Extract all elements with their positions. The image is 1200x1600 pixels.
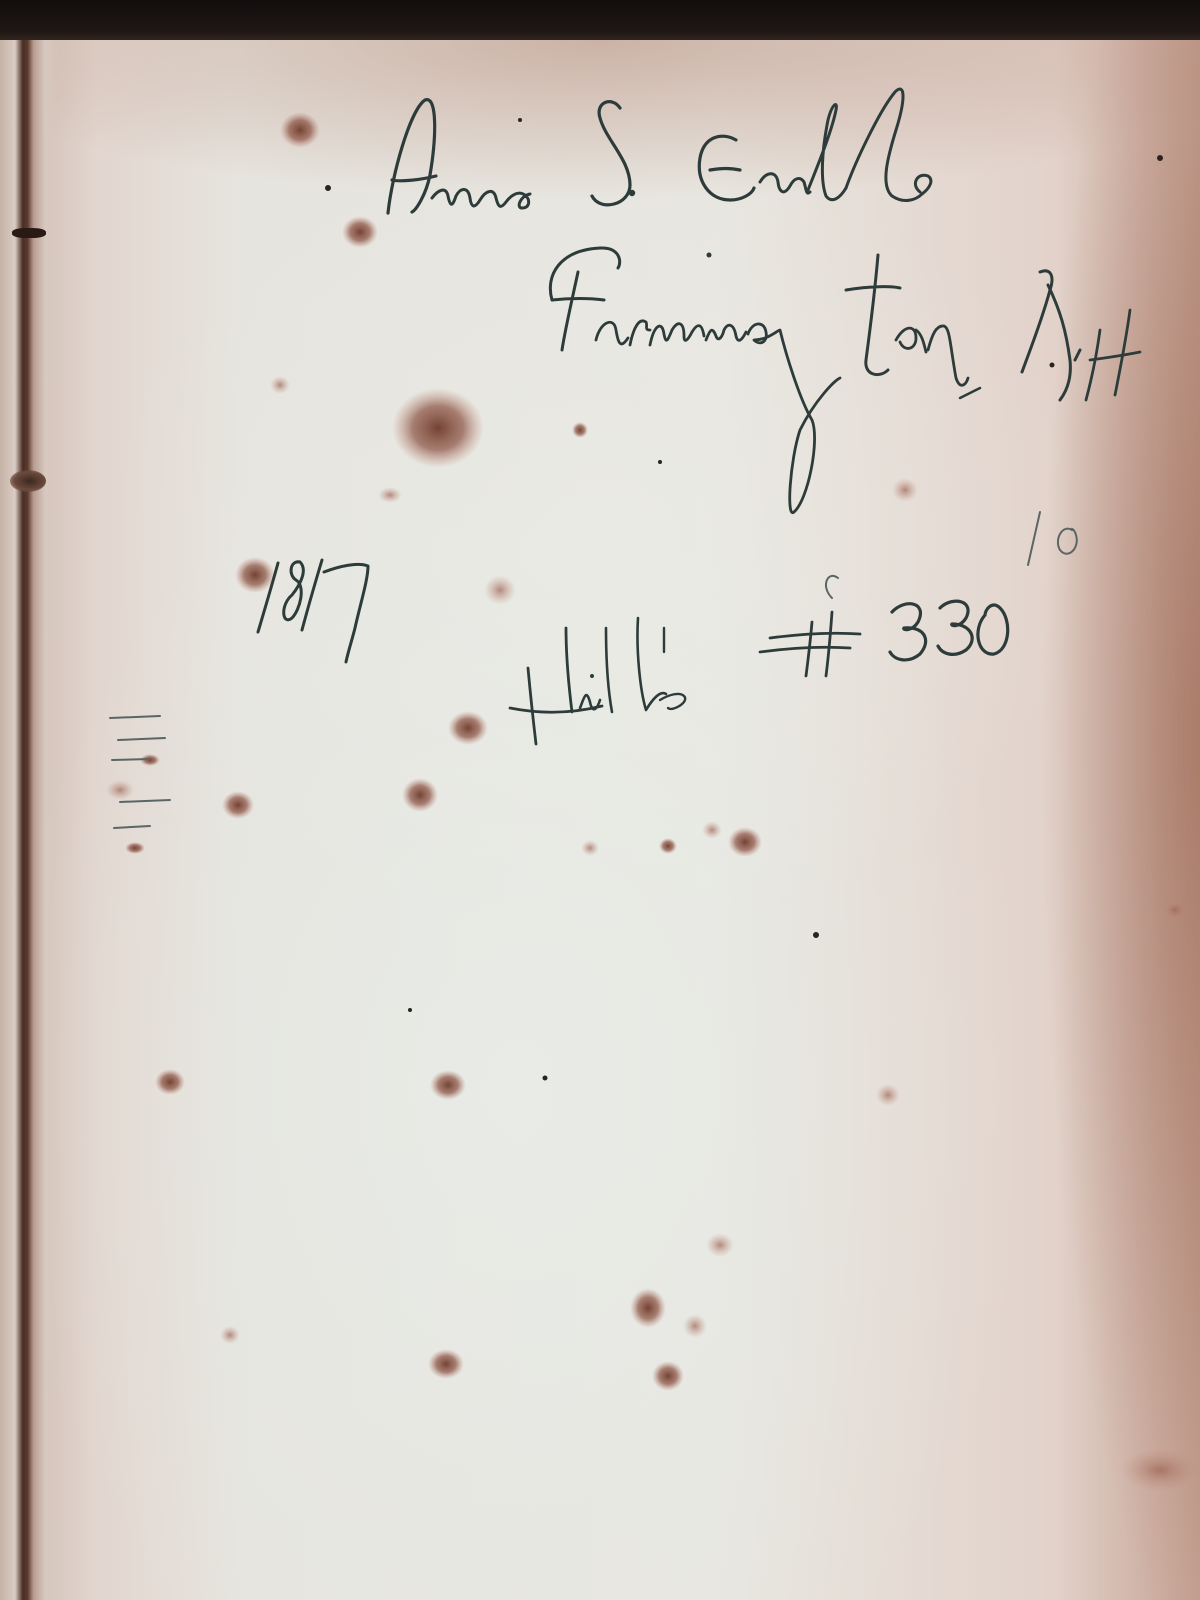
inscription-year	[258, 560, 368, 662]
inscription-catalog-note	[510, 576, 1008, 744]
margin-marks	[110, 716, 170, 828]
inscription-owner-name	[388, 89, 931, 213]
book-flyleaf-photo: Anna S. Earle Farmington N.H. 1817 Hill'…	[0, 0, 1200, 1600]
inscription-place	[550, 248, 1140, 513]
handwriting-layer	[0, 0, 1200, 1600]
inscription-small-note	[1028, 512, 1077, 565]
